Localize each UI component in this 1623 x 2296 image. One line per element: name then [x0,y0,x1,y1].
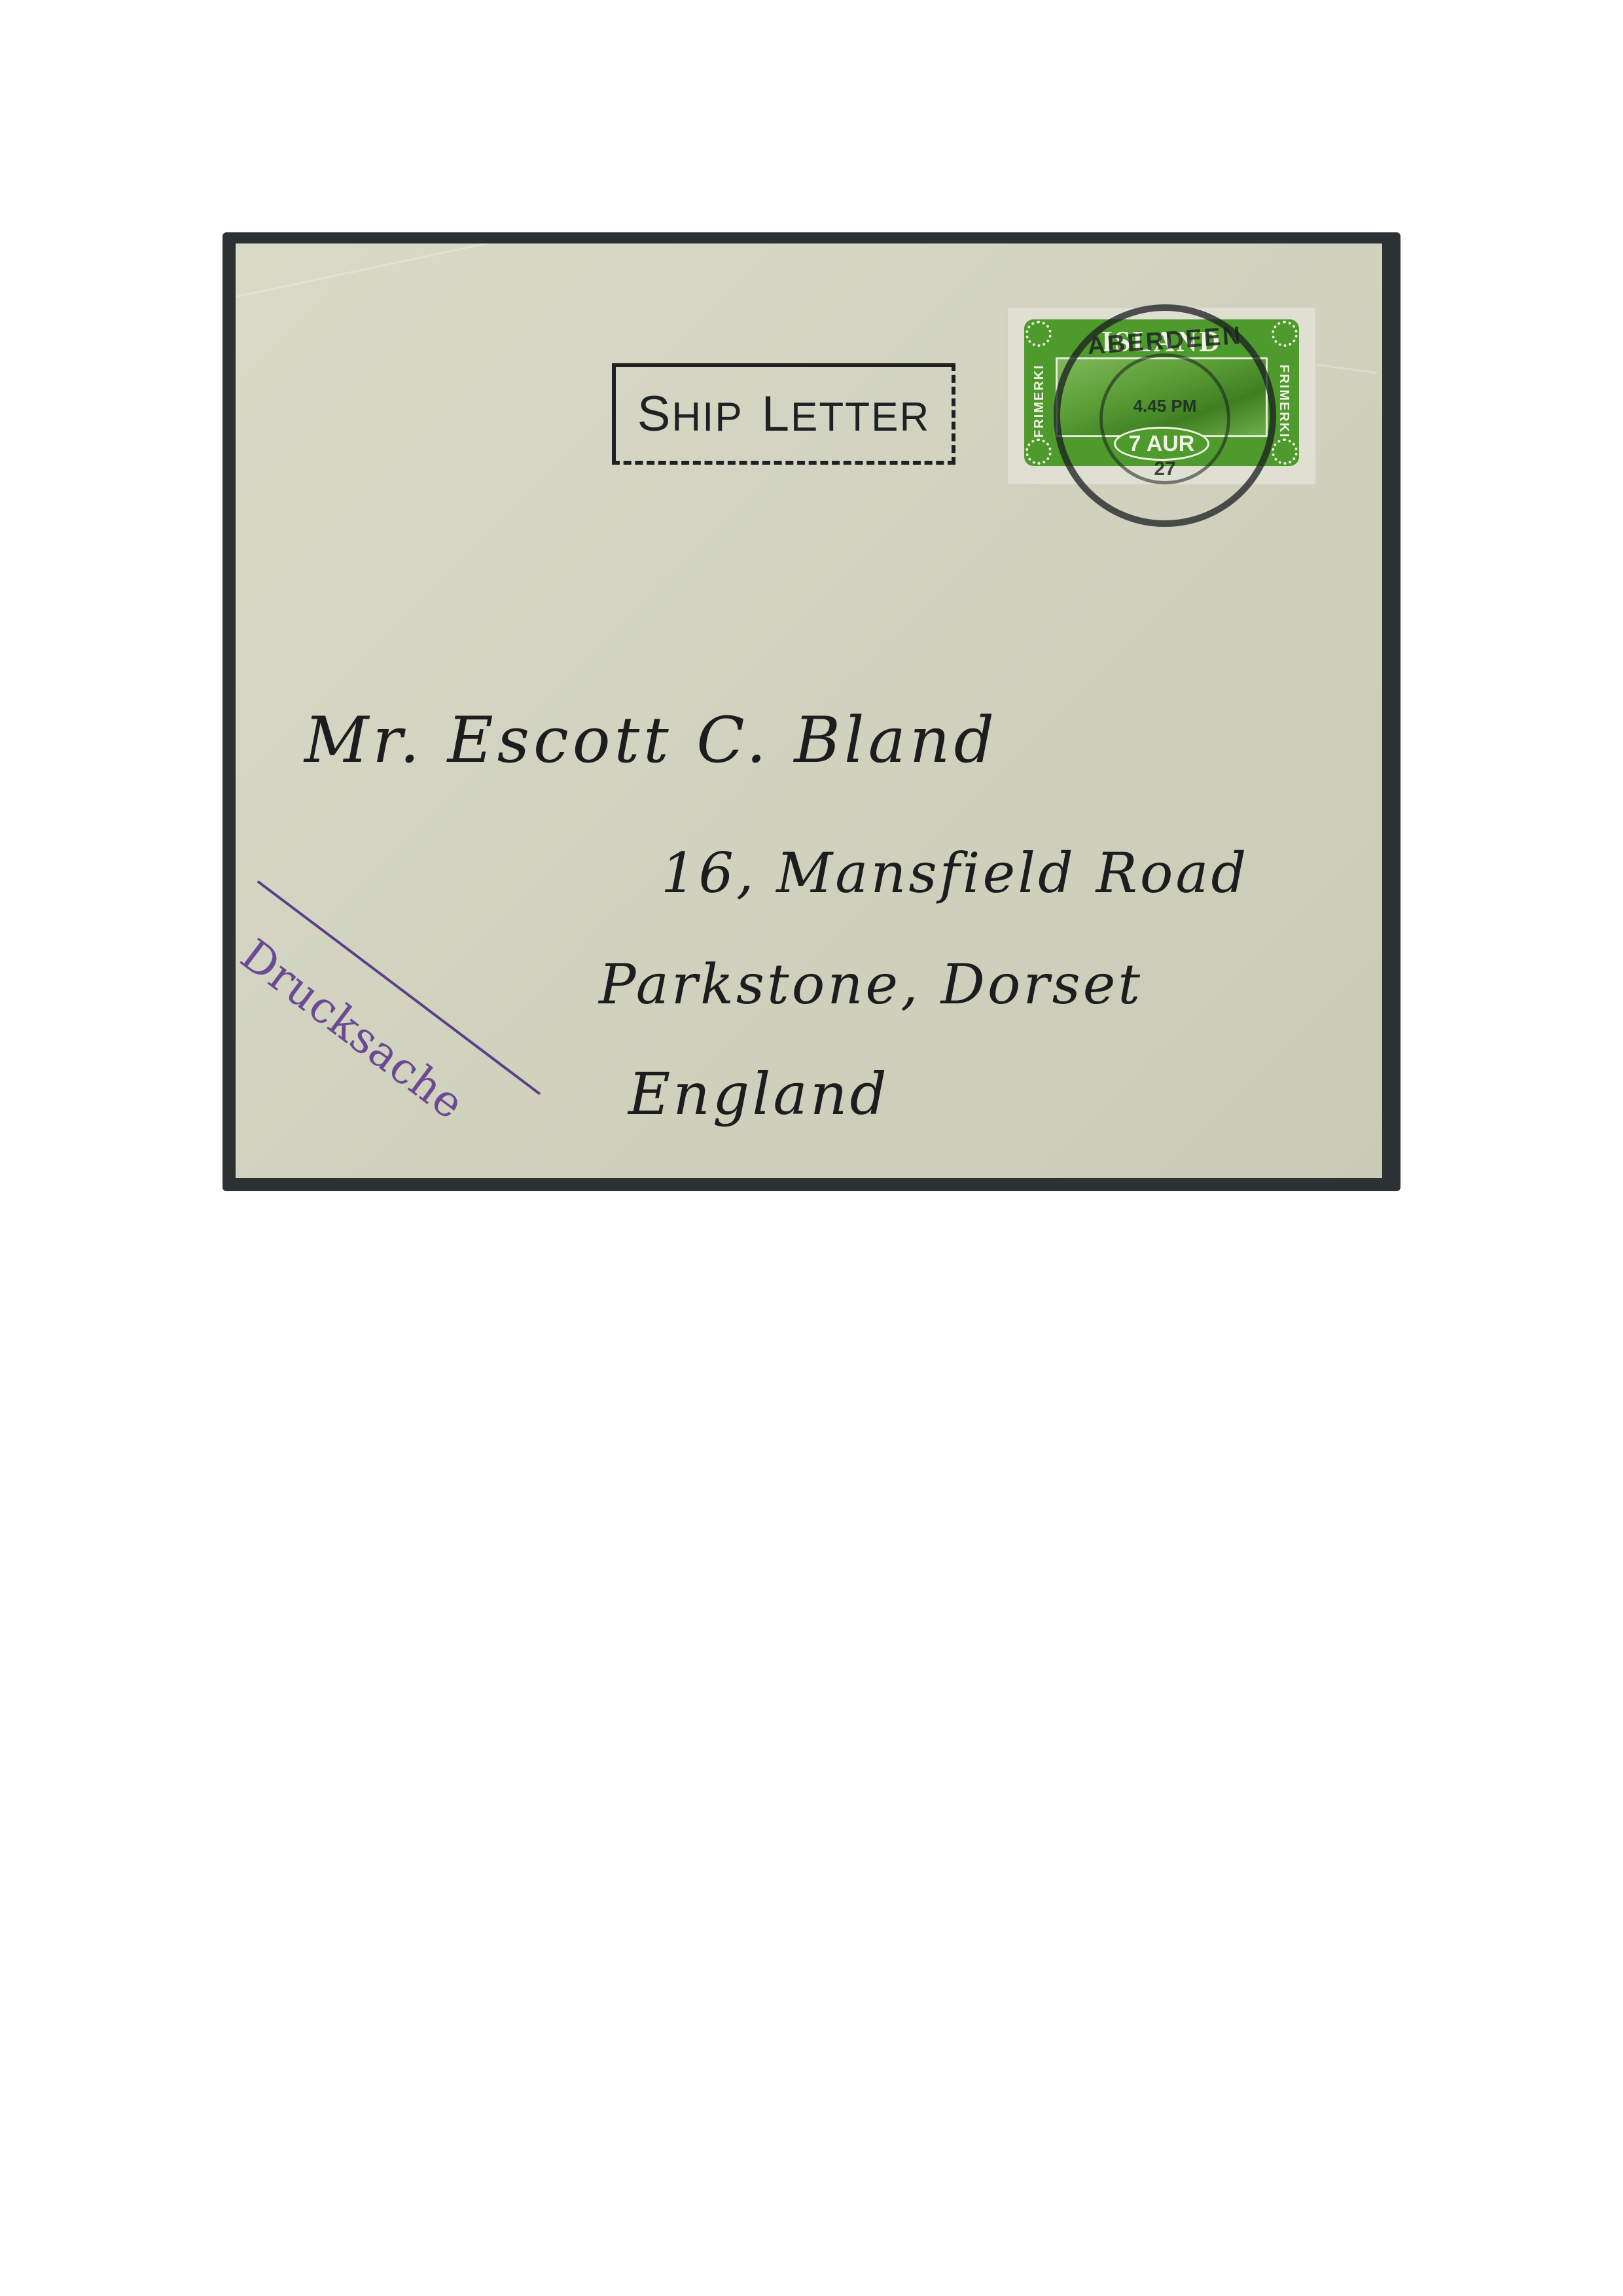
address-recipient: Mr. Escott C. Bland [304,704,998,777]
address-street: 16, Mansfield Road [661,841,1249,905]
postmark-time: 4.45 PM [1113,396,1217,416]
address-town: Parkstone, Dorset [599,952,1143,1016]
ship-word: SHIP [637,386,743,442]
stamp-side-label-left: FRIMERKI [1032,359,1052,444]
postmark-year: 27 [1139,458,1191,480]
paper-crease [236,243,684,298]
ship-letter-cachet: SHIP LETTER [612,363,955,465]
address-country: England [628,1060,889,1128]
letter-word: LETTER [762,386,931,442]
